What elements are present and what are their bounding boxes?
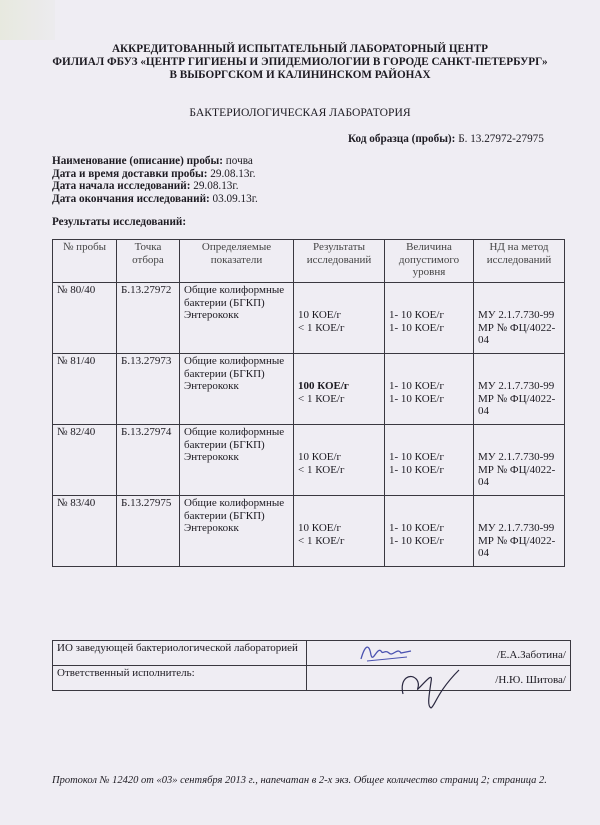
info-row: Дата начала исследований: 29.08.13г.: [52, 180, 258, 193]
sample-code-label: Код образца (пробы):: [348, 133, 455, 145]
protocol-footer: Протокол № 12420 от «03» сентября 2013 г…: [52, 775, 547, 786]
signature-role: Ответственный исполнитель:: [53, 666, 307, 691]
org-header: АККРЕДИТОВАННЫЙ ИСПЫТАТЕЛЬНЫЙ ЛАБОРАТОРН…: [0, 43, 600, 82]
method-doc: МУ 2.1.7.730-99МР № ФЦ/4022-04: [474, 354, 565, 425]
sampling-point: Б.13.27975: [117, 496, 180, 567]
sampling-point: Б.13.27972: [117, 283, 180, 354]
sample-number: № 80/40: [53, 283, 117, 354]
allowed-level: 1- 10 КОЕ/г1- 10 КОЕ/г: [385, 425, 474, 496]
col-header: Величина допустимого уровня: [385, 240, 474, 283]
col-header: № пробы: [53, 240, 117, 283]
results-table: № пробы Точка отбора Определяемые показа…: [52, 239, 565, 567]
signature-role: ИО заведующей бактериологической лаборат…: [53, 641, 307, 666]
allowed-level: 1- 10 КОЕ/г1- 10 КОЕ/г: [385, 496, 474, 567]
signature-row: Ответственный исполнитель: /Н.Ю. Шитова/: [53, 666, 571, 691]
info-row: Дата и время доставки пробы: 29.08.13г.: [52, 168, 258, 181]
sample-number: № 83/40: [53, 496, 117, 567]
signature-icon: [397, 666, 467, 711]
method-doc: МУ 2.1.7.730-99МР № ФЦ/4022-04: [474, 496, 565, 567]
allowed-level: 1- 10 КОЕ/г1- 10 КОЕ/г: [385, 283, 474, 354]
allowed-level: 1- 10 КОЕ/г1- 10 КОЕ/г: [385, 354, 474, 425]
signature-icon: [357, 641, 417, 665]
results: 100 КОЕ/г< 1 КОЕ/г: [294, 354, 385, 425]
results-title: Результаты исследований:: [52, 216, 186, 228]
scan-edge: [0, 0, 55, 40]
signature-table: ИО заведующей бактериологической лаборат…: [52, 640, 571, 691]
indicators: Общие колиформные бактерии (БГКП)Энтерок…: [180, 425, 294, 496]
header-line-2: ФИЛИАЛ ФБУЗ «ЦЕНТР ГИГИЕНЫ И ЭПИДЕМИОЛОГ…: [0, 56, 600, 69]
indicators: Общие колиформные бактерии (БГКП)Энтерок…: [180, 283, 294, 354]
table-row: № 83/40Б.13.27975Общие колиформные бакте…: [53, 496, 565, 567]
signature-name: /Н.Ю. Шитова/: [495, 674, 566, 687]
indicators: Общие колиформные бактерии (БГКП)Энтерок…: [180, 354, 294, 425]
sample-info: Наименование (описание) пробы: почва Дат…: [52, 155, 258, 205]
table-header-row: № пробы Точка отбора Определяемые показа…: [53, 240, 565, 283]
sample-number: № 81/40: [53, 354, 117, 425]
sample-number: № 82/40: [53, 425, 117, 496]
results: 10 КОЕ/г< 1 КОЕ/г: [294, 283, 385, 354]
col-header: Точка отбора: [117, 240, 180, 283]
method-doc: МУ 2.1.7.730-99МР № ФЦ/4022-04: [474, 425, 565, 496]
info-row: Наименование (описание) пробы: почва: [52, 155, 258, 168]
table-row: № 82/40Б.13.27974Общие колиформные бакте…: [53, 425, 565, 496]
col-header: Определяемые показатели: [180, 240, 294, 283]
col-header: Результаты исследований: [294, 240, 385, 283]
header-line-1: АККРЕДИТОВАННЫЙ ИСПЫТАТЕЛЬНЫЙ ЛАБОРАТОРН…: [0, 43, 600, 56]
info-row: Дата окончания исследований: 03.09.13г.: [52, 193, 258, 206]
col-header: НД на метод исследований: [474, 240, 565, 283]
results: 10 КОЕ/г< 1 КОЕ/г: [294, 425, 385, 496]
signature-name: /Е.А.Заботина/: [497, 649, 566, 662]
results: 10 КОЕ/г< 1 КОЕ/г: [294, 496, 385, 567]
signature-row: ИО заведующей бактериологической лаборат…: [53, 641, 571, 666]
method-doc: МУ 2.1.7.730-99МР № ФЦ/4022-04: [474, 283, 565, 354]
sampling-point: Б.13.27973: [117, 354, 180, 425]
lab-title: БАКТЕРИОЛОГИЧЕСКАЯ ЛАБОРАТОРИЯ: [0, 106, 600, 119]
table-row: № 80/40Б.13.27972Общие колиформные бакте…: [53, 283, 565, 354]
header-line-3: В ВЫБОРГСКОМ И КАЛИНИНСКОМ РАЙОНАХ: [0, 69, 600, 82]
sample-code: Код образца (пробы): Б. 13.27972-27975: [348, 133, 544, 145]
sampling-point: Б.13.27974: [117, 425, 180, 496]
table-row: № 81/40Б.13.27973Общие колиформные бакте…: [53, 354, 565, 425]
sample-code-value: Б. 13.27972-27975: [455, 133, 543, 145]
indicators: Общие колиформные бактерии (БГКП)Энтерок…: [180, 496, 294, 567]
